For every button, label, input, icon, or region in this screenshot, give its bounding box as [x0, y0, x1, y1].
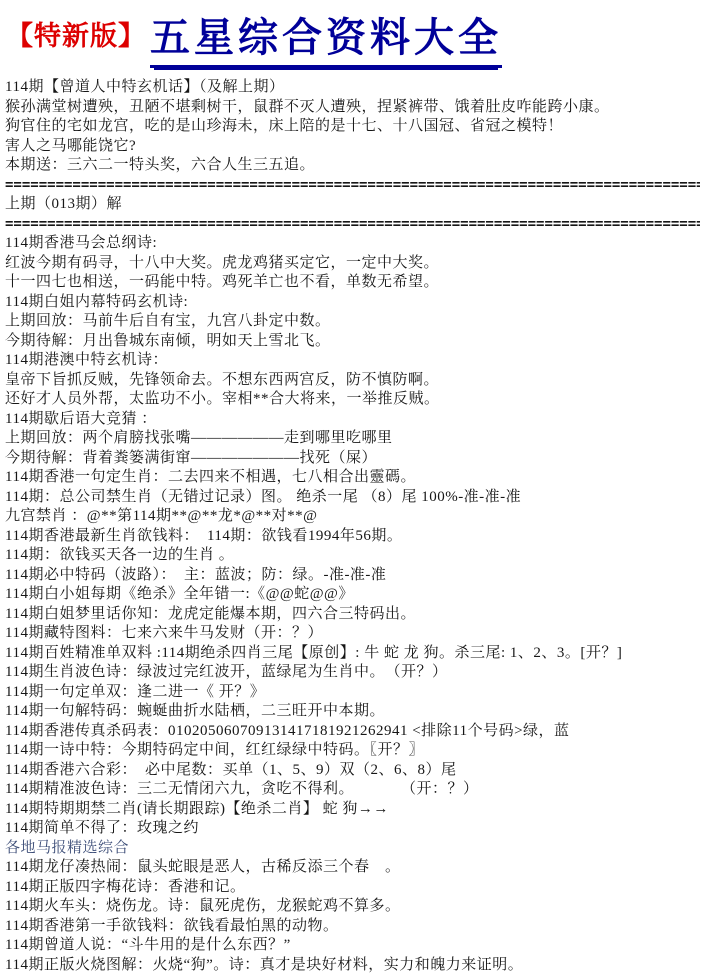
text-line: 上期（013期）解	[5, 195, 700, 215]
text-line: 114期香港一句定生肖：二去四来不相遇，七八相合出靈碼。	[5, 468, 700, 488]
lottery-info-page: 【特新版】五星综合资料大全 114期【曾道人中特玄机话】（及解上期）猴孙满堂树遭…	[0, 0, 702, 979]
text-line: 114期龙仔凑热闹：鼠头蛇眼是恶人，古稀反添三个春 。	[5, 858, 700, 878]
text-line: 114期百姓精准单双料 :114期绝杀四肖三尾【原创】: 牛 蛇 龙 狗。杀三尾…	[5, 644, 700, 664]
text-line: 114期香港传真杀码表：0102050607091314171819212629…	[5, 722, 700, 742]
text-line: 114期港澳中特玄机诗：	[5, 351, 700, 371]
text-line: 114期正版火烧图解：火烧“狗”。诗：真才是块好材料，实力和魄力来证明。	[5, 956, 700, 976]
text-line: 今期待解：背着粪篓满街窜———————找死（屎）	[5, 449, 700, 469]
text-line: 114期歇后语大竞猜 ：	[5, 410, 700, 430]
text-line: 114期香港马会总纲诗:	[5, 234, 700, 254]
text-line: 114期【曾道人中特玄机话】（及解上期）	[5, 78, 700, 98]
text-line: 本期送：三六二一特头奖，六合人生三五追。	[5, 156, 700, 176]
text-line: 114期白姐梦里话你知：龙虎定能爆本期，四六合三特码出。	[5, 605, 700, 625]
text-line: 今期待解：月出鲁城东南倾，明如天上雪北飞。	[5, 332, 700, 352]
text-line: 114期一诗中特：今期特码定中间，红红绿绿中特码。〖开？〗	[5, 741, 700, 761]
separator-line: ========================================…	[5, 215, 700, 235]
edition-badge: 【特新版】	[6, 21, 146, 51]
text-line: 上期回放：两个肩膀找张嘴——————走到哪里吃哪里	[5, 429, 700, 449]
text-line: 九宫禁肖 ：@**第114期**@**龙*@**对**@	[5, 507, 700, 527]
text-line: 114期：总公司禁生肖（无错过记录）图。 绝杀一尾 （8）尾 100%-准-准-…	[5, 488, 700, 508]
text-line: 114期白小姐每期《绝杀》全年错一:《@@蛇@@》	[5, 585, 700, 605]
text-line: 114期特期期禁二肖(请长期跟踪)【绝杀二肖】 蛇 狗→→	[5, 800, 700, 820]
content-lines: 114期【曾道人中特玄机话】（及解上期）猴孙满堂树遭殃，丑陋不堪剩树干，鼠群不灭…	[0, 70, 702, 975]
text-line: 猴孙满堂树遭殃，丑陋不堪剩树干，鼠群不灭人遭殃，捏紧裤带、饿着肚皮咋能跨小康。	[5, 98, 700, 118]
text-line: 114期香港第一手欲钱料：欲钱看最怕黑的动物。	[5, 917, 700, 937]
text-line: 还好才人员外帮，太监功不小。宰相**合大将来，一举推反贼。	[5, 390, 700, 410]
text-line: 114期香港最新生肖欲钱料： 114期：欲钱看1994年56期。	[5, 527, 700, 547]
page-title: 五星综合资料大全	[150, 6, 502, 68]
text-line: 114期香港六合彩： 必中尾数：买单（1、5、9）双（2、6、8）尾	[5, 761, 700, 781]
text-line: 害人之马哪能饶它?	[5, 137, 700, 157]
text-line: 114期精准波色诗：三二无情闭六九，贪吃不得利。 （开：？）	[5, 780, 700, 800]
text-line: 十一四七也相送，一码能中特。鸡死羊亡也不看，单数无希望。	[5, 273, 700, 293]
text-line: 114期一句定单双：逢二进一《 开？》	[5, 683, 700, 703]
separator-line: ========================================…	[5, 176, 700, 196]
text-line: 114期火车头：烧伤龙。诗：鼠死虎伤，龙猴蛇鸡不算多。	[5, 897, 700, 917]
text-line: 114期曾道人说：“斗牛用的是什么东西？”	[5, 936, 700, 956]
text-line: 上期回放：马前牛后自有宝，九宫八卦定中数。	[5, 312, 700, 332]
text-line: 114期简单不得了：玫瑰之约	[5, 819, 700, 839]
text-line: 114期白姐内幕特码玄机诗:	[5, 293, 700, 313]
text-line: 皇帝下旨抓反贼，先锋领命去。不想东西两宫反，防不慎防啊。	[5, 371, 700, 391]
text-line: 114期一句解特码：蜿蜒曲折水陆栖，二三旺开中本期。	[5, 702, 700, 722]
text-line: 114期藏特图料：七来六来牛马发财（开：？）	[5, 624, 700, 644]
text-line: 各地马报精选综合	[5, 839, 700, 859]
text-line: 红波今期有码寻，十八中大奖。虎龙鸡猪买定它，一定中大奖。	[5, 254, 700, 274]
text-line: 114期：欲钱买天各一边的生肖 。	[5, 546, 700, 566]
text-line: 狗官住的宅如龙宫，吃的是山珍海未，床上陪的是十七、十八国冠、省冠之模特！	[5, 117, 700, 137]
text-line: 114期正版四字梅花诗：香港和记。	[5, 878, 700, 898]
text-line: 114期生肖波色诗：绿波过完红波开，蓝绿尾为生肖中。 （开？）	[5, 663, 700, 683]
page-header: 【特新版】五星综合资料大全	[0, 0, 702, 70]
text-line: 114期必中特码（波路）： 主：蓝波；防：绿。-准-准-准	[5, 566, 700, 586]
